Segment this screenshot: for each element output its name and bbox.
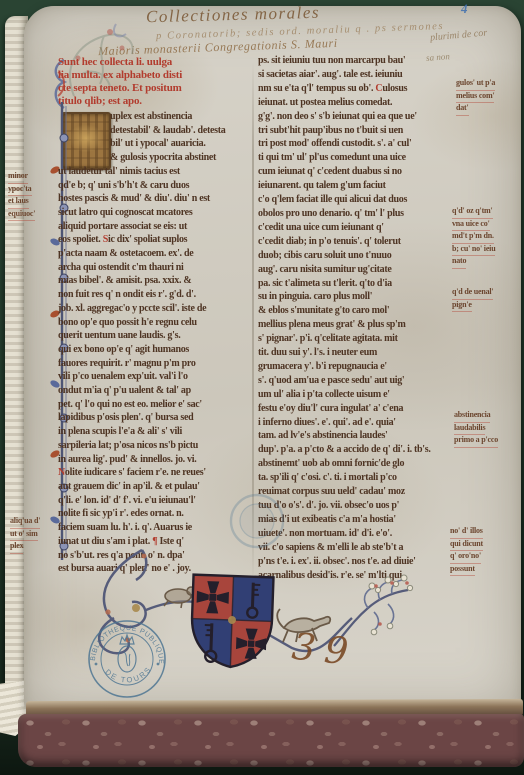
margin-note-right-2: q'd' oz q'tm'vna uice co'md't p'm dn.b; … bbox=[452, 206, 495, 269]
text-column-left: uplex est abstinenciadetestabil' & lauda… bbox=[58, 110, 254, 576]
text-line: tuu d'o o's'. d'. jo. vii. obsec'o uos p… bbox=[258, 499, 454, 513]
margin-note-line: laudabilis bbox=[454, 423, 485, 436]
text-line: aug'. caru nisita sumitur ug'citate bbox=[258, 263, 454, 277]
text-line: uiuete'. non mortuam. id' d'i. e'o'. bbox=[258, 527, 454, 541]
text-line: aliquid portare associat se eis: ut bbox=[58, 220, 254, 234]
text-line: ieiunat. ut postea melius comedat. bbox=[258, 96, 454, 110]
text-line: c'cedit una uice cum ieiunant q' bbox=[258, 221, 454, 235]
svg-text:DE TOURS: DE TOURS bbox=[103, 664, 153, 684]
text-line: p'acta naam & ostetacoem. ex'. de bbox=[58, 247, 254, 261]
margin-note-line: et laus bbox=[8, 196, 29, 209]
margin-note-line: b; cu' no' ieiu bbox=[452, 244, 495, 257]
text-line: s'. q'uod am'ua e pasce sedu' aut uig' bbox=[258, 374, 454, 388]
margin-note-line: primo a p'cco bbox=[454, 435, 498, 448]
text-line: in aurea lig'. pud' & innellos. jo. vi. bbox=[58, 453, 254, 467]
text-line: mellius plena meus grat' & plus sp'm bbox=[258, 318, 454, 332]
text-line: eos spoliet. Sic dix' spoliat suplos bbox=[58, 233, 254, 247]
margin-note-line: abstinencia bbox=[454, 410, 490, 423]
margin-note-line: melius com' bbox=[456, 91, 494, 104]
rubric-line: lia multa. ex alphabeto disti bbox=[58, 69, 182, 82]
text-line: dup'. p'a. a p'cto & a accido de q' di'.… bbox=[258, 443, 454, 457]
text-line: s' pignar'. p'i. q'celitate agitata. mit bbox=[258, 332, 454, 346]
text-line: festu e'oy diu'l' cura ingulat' a' c'ena bbox=[258, 402, 454, 416]
text-line: nm su e'ta q'l' tempus su ob'. Culosus bbox=[258, 82, 454, 96]
faint-stamp bbox=[228, 492, 286, 550]
margin-note-line: aliq'ua d' bbox=[10, 516, 40, 529]
text-line: ta. sp'ili q' c'osi. c'. ti. i mortali p… bbox=[258, 471, 454, 485]
text-line: ti qui tm' ul' pl'us comedunt una uice bbox=[258, 151, 454, 165]
text-line: sicut latro qui cognoscat mcatores bbox=[58, 206, 254, 220]
text-line: bono op'e quo possit h'e regnu celu bbox=[58, 316, 254, 330]
text-line: qui ex bono op'e q' agit humanos bbox=[58, 343, 254, 357]
text-line: grumacera y'. b'i repugnaucia e' bbox=[258, 360, 454, 374]
text-line: q'li. e' lon. id' d' f'. vi. e'u ieiunau… bbox=[58, 494, 254, 508]
text-line: querit uentum uane laudis. g's. bbox=[58, 329, 254, 343]
margin-note-line: md't p'm dn. bbox=[452, 231, 494, 244]
text-line: mias d'i ut exibeatis c'a m'a hostia' bbox=[258, 513, 454, 527]
text-line: faciem suam lu. h'. i. q'. Auarus ie bbox=[58, 521, 254, 535]
margin-note-line: pign'e bbox=[452, 300, 472, 313]
margin-note-line: ut o' sim bbox=[10, 529, 38, 542]
text-column-right: ps. sit ieiuniu tuu non marcarpu bau'si … bbox=[258, 54, 454, 582]
text-line: aut grauem dic' in ap'il. & et pulau' bbox=[58, 480, 254, 494]
text-line: lapidibus p'osis plen'. q' bursa sed bbox=[58, 411, 254, 425]
text-line: nolite fi sic yp'i r'. edes ornat. n. bbox=[58, 507, 254, 521]
text-line: in plena scupis l'e'a & ali' s' vili bbox=[58, 425, 254, 439]
text-line: non fuit res q' n ondit eis r'. g'd. d'. bbox=[58, 288, 254, 302]
stamp-crown-icon bbox=[120, 635, 134, 644]
text-line: duob; cibis caru soluit uno t'nuuo bbox=[258, 249, 454, 263]
text-line: hostes pascis & mud' & diu'. diu' n est bbox=[58, 192, 254, 206]
text-line: pet. q' l'o qui no est eo. melior e' sac… bbox=[58, 398, 254, 412]
margin-note-line: ypoc'ta bbox=[8, 184, 32, 197]
text-line: ondut m'ia q' p'u ualent & tal' ap bbox=[58, 384, 254, 398]
text-line: sarpileria lat; p'osa nicos ns'b pictu bbox=[58, 439, 254, 453]
text-line: Nolite iudicare s' faciem r'e. ne reues' bbox=[58, 466, 254, 480]
rubric-line: Sunt hec collecta li. uulga bbox=[58, 56, 182, 69]
margin-note-line: no' d' illos bbox=[450, 526, 483, 539]
blue-corner-mark-icon: 4 bbox=[461, 1, 468, 17]
margin-note-line: equiuoc' bbox=[8, 209, 35, 222]
margin-note-right-3: q'd de uenal'pign'e bbox=[452, 287, 493, 312]
text-line: c'cedit diab; in p'o tenuis'. q' tolerut bbox=[258, 235, 454, 249]
text-line: um ul' alia i p'ta collecte uisum e' bbox=[258, 388, 454, 402]
text-line: g'g'. non deo s' s'b ieiunat qui ea que … bbox=[258, 110, 454, 124]
text-line: bil' ut i ypocal' auaricia. bbox=[110, 137, 254, 151]
margin-note-line: plex bbox=[10, 541, 23, 554]
text-line: & gulosis ypocrita abstinet bbox=[110, 151, 254, 165]
text-line: su in pinguia. caro plus moll' bbox=[258, 290, 454, 304]
text-line: archa qui ostendit c'm thauri ni bbox=[58, 261, 254, 275]
margin-note-right-4: abstinencialaudabilisprimo a p'cco bbox=[454, 410, 498, 448]
margin-note-right-1: gulos' ut p'amelius com'dat' bbox=[456, 78, 495, 116]
text-line: abstinemt' uob ab omni fornic'de glo bbox=[258, 457, 454, 471]
coat-of-arms-shield bbox=[182, 566, 282, 673]
library-stamp: BIBLIOTHEQUE PUBLIQUE DE TOURS bbox=[84, 614, 170, 704]
text-line: qd'e b; q' uni s'b'h't & caru duos bbox=[58, 179, 254, 193]
text-line: reuimat corpus suu ueld' cadau' moz bbox=[258, 485, 454, 499]
text-line: si sacietas aiar'. aug'. tale est. ieiun… bbox=[258, 68, 454, 82]
text-line: tam. ad lv'e's abstinencia laudes' bbox=[258, 429, 454, 443]
margin-note-line: minor bbox=[8, 171, 28, 184]
text-line: vili p'co uenalem exp'uit. val'i l'o bbox=[58, 370, 254, 384]
text-line: cum ieiunat q' c'cedent duabus si no bbox=[258, 165, 454, 179]
text-line: pa. sic t'alimeta su t'lerit. q'to d'ia bbox=[258, 277, 454, 291]
text-line: ps. sit ieiuniu tuu non marcarpu bau' bbox=[258, 54, 454, 68]
text-line: iunat ut diu s'am i plat. ¶ Iste q' bbox=[58, 535, 254, 549]
text-line: job. xl. aggregac'o y pccte scil'. iste … bbox=[58, 302, 254, 316]
photo-background: Collectiones morales p Coronatorib; sedi… bbox=[0, 0, 524, 775]
margin-note-left-2: aliq'ua d'ut o' simplex bbox=[10, 516, 40, 554]
text-line: ieiunarent. qu talem g'um faciut bbox=[258, 179, 454, 193]
margin-note-line: q'd' oz q'tm' bbox=[452, 206, 493, 219]
text-line: ut laudetur tal' nimis tacius est bbox=[58, 165, 254, 179]
text-line: c'o q'lem faciat ille qui alicui dat duo… bbox=[258, 193, 454, 207]
margin-note-line: dat' bbox=[456, 103, 469, 116]
binding-leather bbox=[18, 714, 524, 767]
text-line: tit. duu sui y'. l's. i neuter eum bbox=[258, 346, 454, 360]
text-line: fauores requirit. r' magnu p'm pro bbox=[58, 357, 254, 371]
margin-note-line: gulos' ut p'a bbox=[456, 78, 495, 91]
text-line: & eblos s'munitate g'to caro mol' bbox=[258, 304, 454, 318]
margin-note-line: nato bbox=[452, 256, 466, 269]
text-line: detestabil' & laudab'. detesta bbox=[110, 124, 254, 138]
text-line: i inferno diues'. e'. qui'. ad e'. quia' bbox=[258, 416, 454, 430]
text-line: uplex est abstinencia bbox=[110, 110, 254, 124]
rubric-line: cte septa teneto. Et positum bbox=[58, 82, 182, 95]
folio-number: 39 bbox=[290, 625, 359, 675]
text-line: mias bibel'. & amisit. psa. xxix. & bbox=[58, 274, 254, 288]
text-line: tri subt'hit paup'ibus no t'buit si uen bbox=[258, 124, 454, 138]
text-line: tri post mod' offendi custodit. s'. a' c… bbox=[258, 137, 454, 151]
margin-note-line: q'd de uenal' bbox=[452, 287, 493, 300]
margin-note-line: vna uice co' bbox=[452, 219, 490, 232]
text-line: obolos pro uno denario. q' tm' l' plus bbox=[258, 207, 454, 221]
margin-note-left-1: minorypoc'taet lausequiuoc' bbox=[8, 171, 35, 221]
